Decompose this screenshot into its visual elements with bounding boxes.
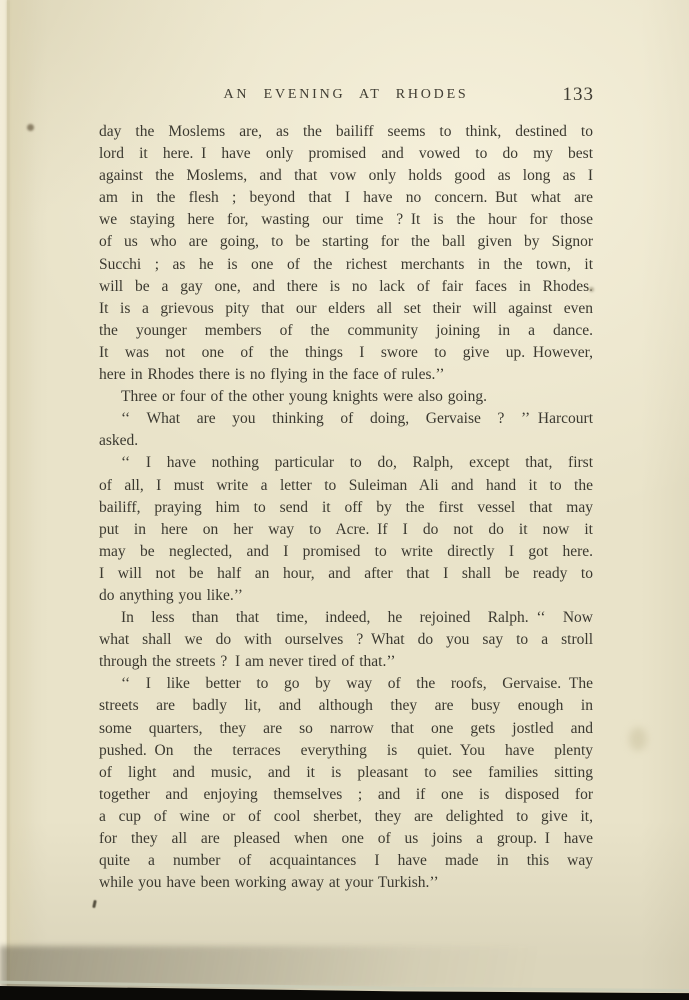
text-line: against the Moslems, and that vow only h… [99, 165, 593, 187]
text-line: a cup of wine or of cool sherbet, they a… [99, 806, 593, 828]
page-number: 133 [563, 84, 595, 106]
text-line: put in here on her way to Acre. If I do … [99, 519, 593, 541]
page-text: day the Moslems are, as the bailiff seem… [99, 121, 593, 894]
ink-speck [27, 124, 34, 131]
text-line: together and enjoying themselves ; and i… [99, 784, 593, 806]
scanned-book-page: AN EVENING AT RHODES 133 day the Moslems… [0, 0, 689, 1000]
text-line: ‘‘ What are you thinking of doing, Gerva… [99, 408, 593, 430]
text-line: bailiff, praying him to send it off by t… [99, 497, 593, 519]
text-line: day the Moslems are, as the bailiff seem… [99, 121, 593, 143]
text-line: we staying here for, wasting our time ? … [99, 209, 593, 231]
text-line: ‘‘ I have nothing particular to do, Ralp… [99, 452, 593, 474]
text-line: for they all are pleased when one of us … [99, 828, 593, 850]
text-line: some quarters, they are so narrow that o… [99, 718, 593, 740]
running-title: AN EVENING AT RHODES [100, 87, 592, 103]
text-line: It is a grievous pity that our elders al… [99, 298, 593, 320]
text-line: pushed. On the terraces everything is qu… [99, 740, 593, 762]
paper-smudge [629, 727, 647, 751]
text-line: of all, I must write a letter to Suleima… [99, 475, 593, 497]
text-line: of us who are going, to be starting for … [99, 231, 593, 253]
text-line: quite a number of acquaintances I have m… [99, 850, 593, 872]
text-line: ‘‘ I like better to go by way of the roo… [99, 673, 593, 695]
ink-speck [589, 287, 594, 292]
text-line: It was not one of the things I swore to … [99, 342, 593, 364]
text-line: will be a gay one, and there is no lack … [99, 276, 593, 298]
text-line: streets are badly lit, and although they… [99, 695, 593, 717]
text-line: while you have been working away at your… [99, 872, 593, 894]
text-line: through the streets ? I am never tired o… [99, 651, 593, 673]
text-line: of light and music, and it is pleasant t… [99, 762, 593, 784]
page-edge-band [10, 0, 36, 1000]
text-line: may be neglected, and I promised to writ… [99, 541, 593, 563]
scanner-shadow [0, 946, 689, 988]
text-line: Succhi ; as he is one of the richest mer… [99, 254, 593, 276]
page-edge-highlight [0, 0, 7, 1000]
text-line: here in Rhodes there is no flying in the… [99, 364, 593, 386]
text-line: do anything you like.’’ [99, 585, 593, 607]
stray-mark [92, 900, 97, 908]
text-line: In less than that time, indeed, he rejoi… [99, 607, 593, 629]
text-line: what shall we do with ourselves ? What d… [99, 629, 593, 651]
text-line: am in the flesh ; beyond that I have no … [99, 187, 593, 209]
text-line: lord it here. I have only promised and v… [99, 143, 593, 165]
text-line: the younger members of the community joi… [99, 320, 593, 342]
text-line: Three or four of the other young knights… [99, 386, 593, 408]
text-line: I will not be half an hour, and after th… [99, 563, 593, 585]
text-line: asked. [99, 430, 593, 452]
